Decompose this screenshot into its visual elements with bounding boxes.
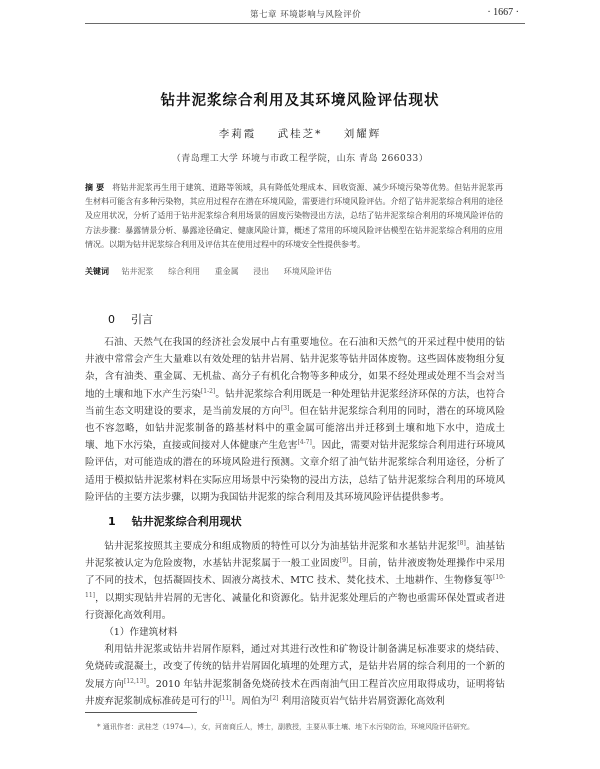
citation: [2] <box>270 695 279 702</box>
status-body: 钻井泥浆按照其主要成分和组成物质的特性可以分为油基钻井泥浆和水基钻井泥浆[8]。… <box>85 538 505 710</box>
footnote-divider <box>85 712 197 713</box>
keyword: 综合利用 <box>168 267 200 276</box>
paragraph: 利用钻井泥浆或钻井岩屑作原料，通过对其进行改性和矿物设计制备满足标准要求的烧结砖… <box>85 641 505 710</box>
footnote: * 通讯作者：武桂芝（1974—），女，河南商丘人，博士，副教授，主要从事土壤、… <box>97 722 517 732</box>
paragraph: 钻井泥浆按照其主要成分和组成物质的特性可以分为油基钻井泥浆和水基钻井泥浆[8]。… <box>85 538 505 624</box>
keywords-label: 关键词 <box>85 267 109 276</box>
keyword: 环境风险评估 <box>284 267 332 276</box>
author: 刘耀辉 <box>344 128 382 140</box>
chapter-title: 第七章 环境影响与风险评价 <box>250 8 361 20</box>
keyword: 钻井泥浆 <box>122 267 154 276</box>
keywords: 关键词 钻井泥浆 综合利用 重金属 浸出 环境风险评估 <box>85 266 503 277</box>
abstract-label: 摘 要 <box>85 183 104 192</box>
citation: [1-2] <box>201 387 215 394</box>
paper-title: 钻井泥浆综合利用及其环境风险评估现状 <box>0 89 600 110</box>
affiliation: （青岛理工大学 环境与市政工程学院，山东 青岛 266033） <box>0 151 600 164</box>
keyword: 重金属 <box>215 267 239 276</box>
section-number: 0 <box>108 313 115 326</box>
section-title: 钻井泥浆综合利用现状 <box>132 515 242 528</box>
citation: [8] <box>457 540 466 547</box>
author: 武桂芝* <box>278 128 323 140</box>
section-heading-introduction: 0引言 <box>108 311 153 327</box>
keyword: 浸出 <box>253 267 269 276</box>
section-title: 引言 <box>131 313 153 326</box>
section-heading-status: 1钻井泥浆综合利用现状 <box>108 513 242 529</box>
subsection-heading: （1）作建筑材料 <box>85 624 505 641</box>
text-run: 利用涪陵页岩气钻井岩屑资源化高效利 <box>279 696 445 707</box>
running-header: 第七章 环境影响与风险评价 · 1667 · <box>85 8 525 24</box>
section-number: 1 <box>108 515 116 528</box>
text-run: ，以期实现钻井岩屑的无害化、减量化和资源化。钻井泥浆处理后的产物也亟需环保处置或… <box>85 593 505 621</box>
citation: [12,13] <box>124 677 146 684</box>
author: 李莉霞 <box>219 128 257 140</box>
introduction-body: 石油、天然气在我国的经济社会发展中占有重要地位。在石油和天然气的开采过程中使用的… <box>85 334 505 506</box>
paragraph: 石油、天然气在我国的经济社会发展中占有重要地位。在石油和天然气的开采过程中使用的… <box>85 334 505 506</box>
abstract-text: 将钻井泥浆再生用于建筑、道路等领域，具有降低处理成本、回收资源、减少环境污染等优… <box>85 183 503 249</box>
abstract: 摘 要将钻井泥浆再生用于建筑、道路等领域，具有降低处理成本、回收资源、减少环境污… <box>85 181 503 252</box>
text-run: 。周伯为 <box>232 696 270 707</box>
page-number: · 1667 · <box>487 7 519 18</box>
citation: [4-7] <box>298 439 312 446</box>
citation: [11] <box>219 695 231 702</box>
author-list: 李莉霞 武桂芝* 刘耀辉 <box>0 126 600 141</box>
citation: [9] <box>340 557 349 564</box>
text-run: 钻井泥浆按照其主要成分和组成物质的特性可以分为油基钻井泥浆和水基钻井泥浆 <box>104 541 457 552</box>
